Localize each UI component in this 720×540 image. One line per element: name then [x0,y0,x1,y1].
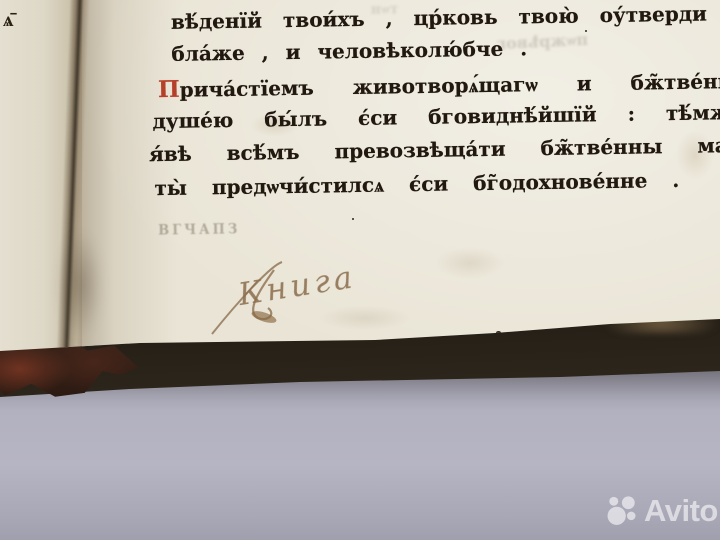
photo-of-antique-book: ѧ̄ вѣ́денїй твои́хъ , цр́ковь твою̀ оу́т… [0,0,720,540]
faded-ink-offset: ВГЧАПЗ [158,222,240,237]
text-line-6: ты̀ предѡчи́стилсѧ є́си бг̃одохнове́нне … [154,170,679,198]
open-book: ѧ̄ вѣ́денїй твои́хъ , цр́ковь твою̀ оу́т… [0,0,720,540]
text-line-5: я́вѣ всѣ́мъ превозвѣща́ти бж̃тве́нны ман… [149,134,720,164]
text-line-2: бла́же , и человѣколю́бче . [171,38,527,64]
avito-watermark: Avito [606,494,718,527]
text-line-3-rest: рича́стїемъ животворѧ́щагѡ и бж̃тве́ннаг… [180,69,720,102]
red-initial-letter: П [158,76,180,103]
printed-text-block: вѣ́денїй твои́хъ , цр́ковь твою̀ оу́твер… [0,0,720,540]
text-line-4: душе́ю бы́лъ є́си бговиднѣ́йшїй : тѣ́мже… [152,101,720,131]
avito-dots-icon [606,494,639,527]
text-line-1: вѣ́денїй твои́хъ , цр́ковь твою̀ оу́твер… [171,3,707,31]
text-line-3: Прича́стїемъ животворѧ́щагѡ и бж̃тве́нна… [158,69,720,102]
avito-watermark-label: Avito [644,495,718,526]
